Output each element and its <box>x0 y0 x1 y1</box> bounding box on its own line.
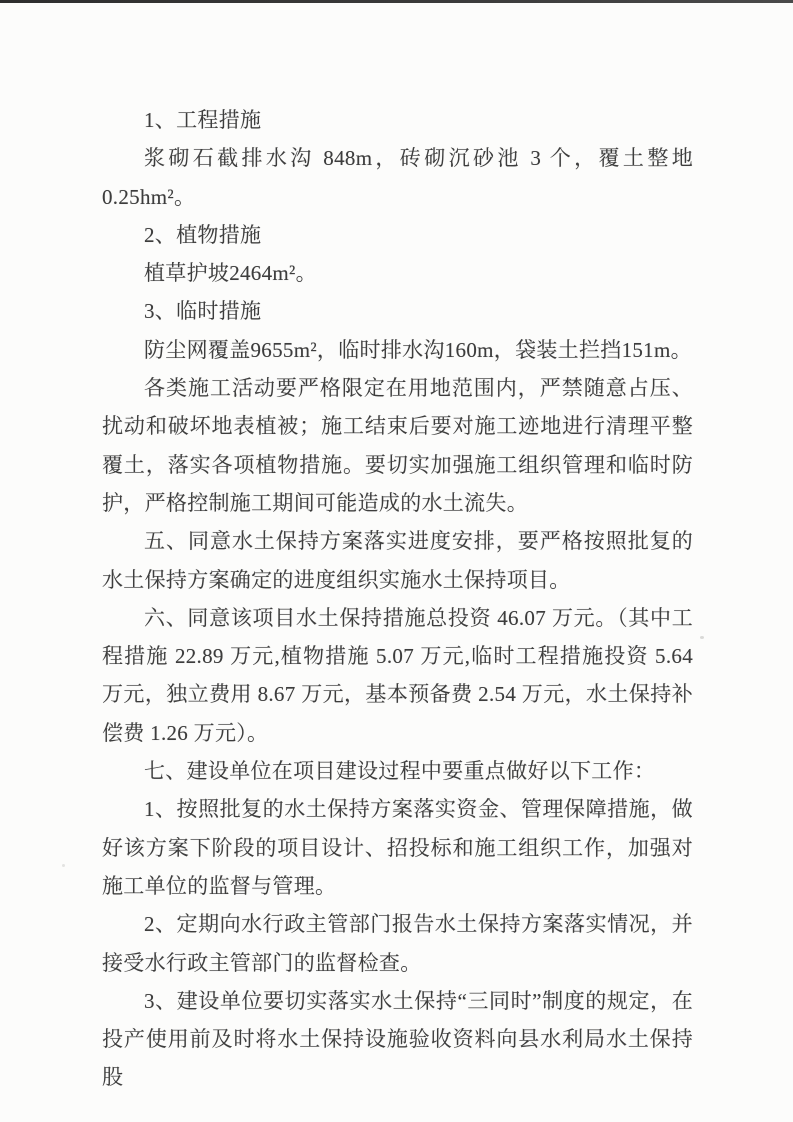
heading-temporary-measures: 3、临时措施 <box>102 292 693 330</box>
para-construction-requirements: 各类施工活动要严格限定在用地范围内，严禁随意占压、扰动和破坏地表植被；施工结束后… <box>102 369 693 522</box>
document-body: 1、工程措施 浆砌石截排水沟 848m，砖砌沉砂池 3 个，覆土整地 0.25h… <box>102 101 693 1097</box>
text-temporary-measures: 防尘网覆盖9655m²，临时排水沟160m，袋装土拦挡151m。 <box>102 331 693 369</box>
scanned-document-page: 1、工程措施 浆砌石截排水沟 848m，砖砌沉砂池 3 个，覆土整地 0.25h… <box>0 0 793 1122</box>
text-engineering-measures: 浆砌石截排水沟 848m，砖砌沉砂池 3 个，覆土整地 0.25hm²。 <box>102 139 693 216</box>
scan-edge-artifact <box>0 0 793 3</box>
para-item7-key-tasks: 七、建设单位在项目建设过程中要重点做好以下工作： <box>102 752 693 790</box>
heading-plant-measures: 2、植物措施 <box>102 216 693 254</box>
para-task3-three-simultaneous: 3、建设单位要切实落实水土保持“三同时”制度的规定，在投产使用前及时将水土保持设… <box>102 982 693 1097</box>
text-plant-measures: 植草护坡2464m²。 <box>102 254 693 292</box>
scan-speck <box>62 864 65 867</box>
para-item6-investment: 六、同意该项目水土保持措施总投资 46.07 万元。（其中工程措施 22.89 … <box>102 599 693 752</box>
heading-engineering-measures: 1、工程措施 <box>102 101 693 139</box>
para-item5-schedule: 五、同意水土保持方案落实进度安排，要严格按照批复的水土保持方案确定的进度组织实施… <box>102 522 693 599</box>
para-task1-funding-design: 1、按照批复的水土保持方案落实资金、管理保障措施，做好该方案下阶段的项目设计、招… <box>102 790 693 905</box>
scan-speck <box>700 636 704 639</box>
para-task2-reporting: 2、定期向水行政主管部门报告水土保持方案落实情况，并接受水行政主管部门的监督检查… <box>102 905 693 982</box>
